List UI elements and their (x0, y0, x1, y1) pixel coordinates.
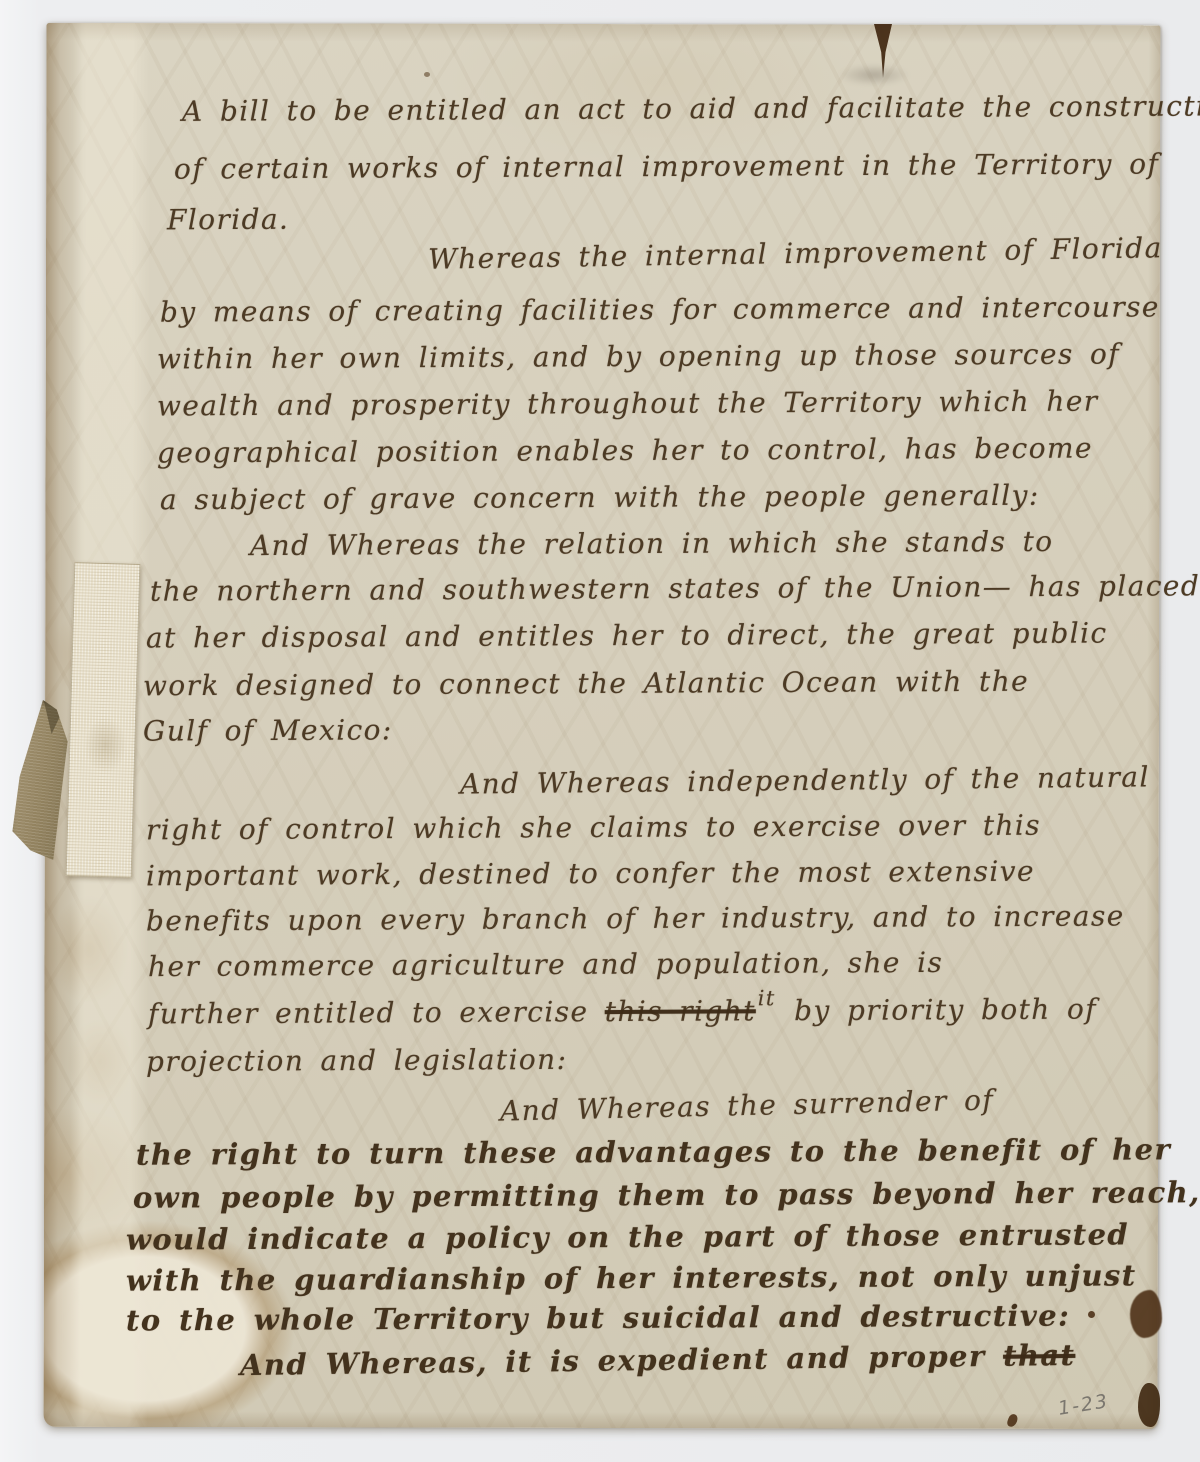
handwritten-segment: would indicate a policy on the part of t… (126, 1217, 1129, 1256)
handwritten-line: And Whereas the relation in which she st… (250, 525, 1054, 562)
handwritten-segment: at her disposal and entitles her to dire… (146, 616, 1108, 654)
handwritten-line: with the guardianship of her interests, … (126, 1258, 1137, 1297)
handwritten-line: would indicate a policy on the part of t… (126, 1217, 1129, 1256)
handwritten-segment: by means of creating facilities for comm… (160, 290, 1160, 328)
handwritten-segment: geographical position enables her to con… (157, 432, 1093, 470)
handwritten-segment: the northern and southwestern states of … (150, 569, 1200, 607)
handwritten-segment: benefits upon every branch of her indust… (146, 899, 1125, 937)
scan-background: A bill to be entitled an act to aid and … (0, 0, 1200, 1462)
handwritten-line: Florida. (167, 203, 289, 237)
handwritten-text: A bill to be entitled an act to aid and … (0, 0, 1200, 1462)
handwritten-segment: Florida. (167, 203, 289, 237)
handwritten-line: geographical position enables her to con… (157, 432, 1093, 470)
handwritten-line: work designed to connect the Atlantic Oc… (143, 665, 1029, 703)
handwritten-segment: wealth and prosperity throughout the Ter… (157, 385, 1099, 423)
handwritten-segment: of certain works of internal improvement… (174, 147, 1159, 185)
handwritten-line: And Whereas independently of the natural (460, 760, 1150, 800)
handwritten-segment: And Whereas independently of the natural (460, 760, 1150, 800)
handwritten-segment: further entitled to exercise (148, 995, 605, 1030)
handwritten-segment: by priority both of (778, 993, 1097, 1028)
handwritten-line: A bill to be entitled an act to aid and … (182, 89, 1200, 128)
handwritten-line: to the whole Territory but suicidal and … (126, 1299, 1070, 1338)
handwritten-line: of certain works of internal improvement… (174, 147, 1159, 185)
handwritten-line: important work, destined to confer the m… (146, 855, 1035, 893)
handwritten-segment: projection and legislation: (146, 1043, 568, 1078)
handwritten-segment: the right to turn these advantages to th… (136, 1132, 1171, 1171)
handwritten-line: Gulf of Mexico: (143, 713, 393, 747)
handwritten-segment: work designed to connect the Atlantic Oc… (143, 665, 1029, 703)
handwritten-segment: her commerce agriculture and population,… (148, 946, 943, 983)
handwritten-segment: a subject of grave concern with the peop… (160, 479, 1040, 517)
handwritten-segment: within her own limits, and by opening up… (157, 337, 1120, 375)
handwritten-segment: to the whole Territory but suicidal and … (126, 1299, 1070, 1338)
handwritten-segment: important work, destined to confer the m… (146, 855, 1035, 893)
handwritten-line: a subject of grave concern with the peop… (160, 479, 1040, 517)
handwritten-segment: right of control which she claims to exe… (146, 809, 1041, 847)
handwritten-line: wealth and prosperity throughout the Ter… (157, 385, 1099, 423)
handwritten-segment: own people by permitting them to pass be… (133, 1175, 1200, 1215)
handwritten-line: within her own limits, and by opening up… (157, 337, 1120, 375)
handwritten-line: the right to turn these advantages to th… (136, 1132, 1171, 1171)
handwritten-edit-insertion: it (758, 986, 776, 1010)
handwritten-line: at her disposal and entitles her to dire… (146, 616, 1108, 654)
handwritten-line: the northern and southwestern states of … (150, 569, 1200, 607)
handwritten-line: benefits upon every branch of her indust… (146, 899, 1125, 937)
handwritten-segment: Gulf of Mexico: (143, 713, 393, 747)
handwritten-segment: A bill to be entitled an act to aid and … (182, 89, 1200, 128)
handwritten-line: own people by permitting them to pass be… (133, 1175, 1200, 1215)
handwritten-edit-strikethrough: this right (605, 994, 756, 1028)
handwritten-segment: And Whereas, it is expedient and proper (240, 1339, 1003, 1382)
handwritten-segment: And Whereas the surrender of (500, 1083, 995, 1127)
handwritten-edit-strikethrough: that (1003, 1338, 1076, 1373)
handwritten-line: by means of creating facilities for comm… (160, 290, 1160, 328)
handwritten-line: right of control which she claims to exe… (146, 809, 1041, 847)
handwritten-line: And Whereas the surrender of (500, 1083, 995, 1127)
handwritten-line: And Whereas, it is expedient and proper … (240, 1338, 1076, 1382)
handwritten-line: Whereas the internal improvement of Flor… (428, 231, 1163, 276)
handwritten-segment: And Whereas the relation in which she st… (250, 525, 1054, 562)
handwritten-line: further entitled to exercise this righti… (148, 993, 1097, 1031)
handwritten-line: projection and legislation: (146, 1043, 568, 1078)
handwritten-segment: with the guardianship of her interests, … (126, 1258, 1137, 1297)
handwritten-segment: Whereas the internal improvement of Flor… (428, 231, 1163, 276)
handwritten-line: her commerce agriculture and population,… (148, 946, 943, 983)
